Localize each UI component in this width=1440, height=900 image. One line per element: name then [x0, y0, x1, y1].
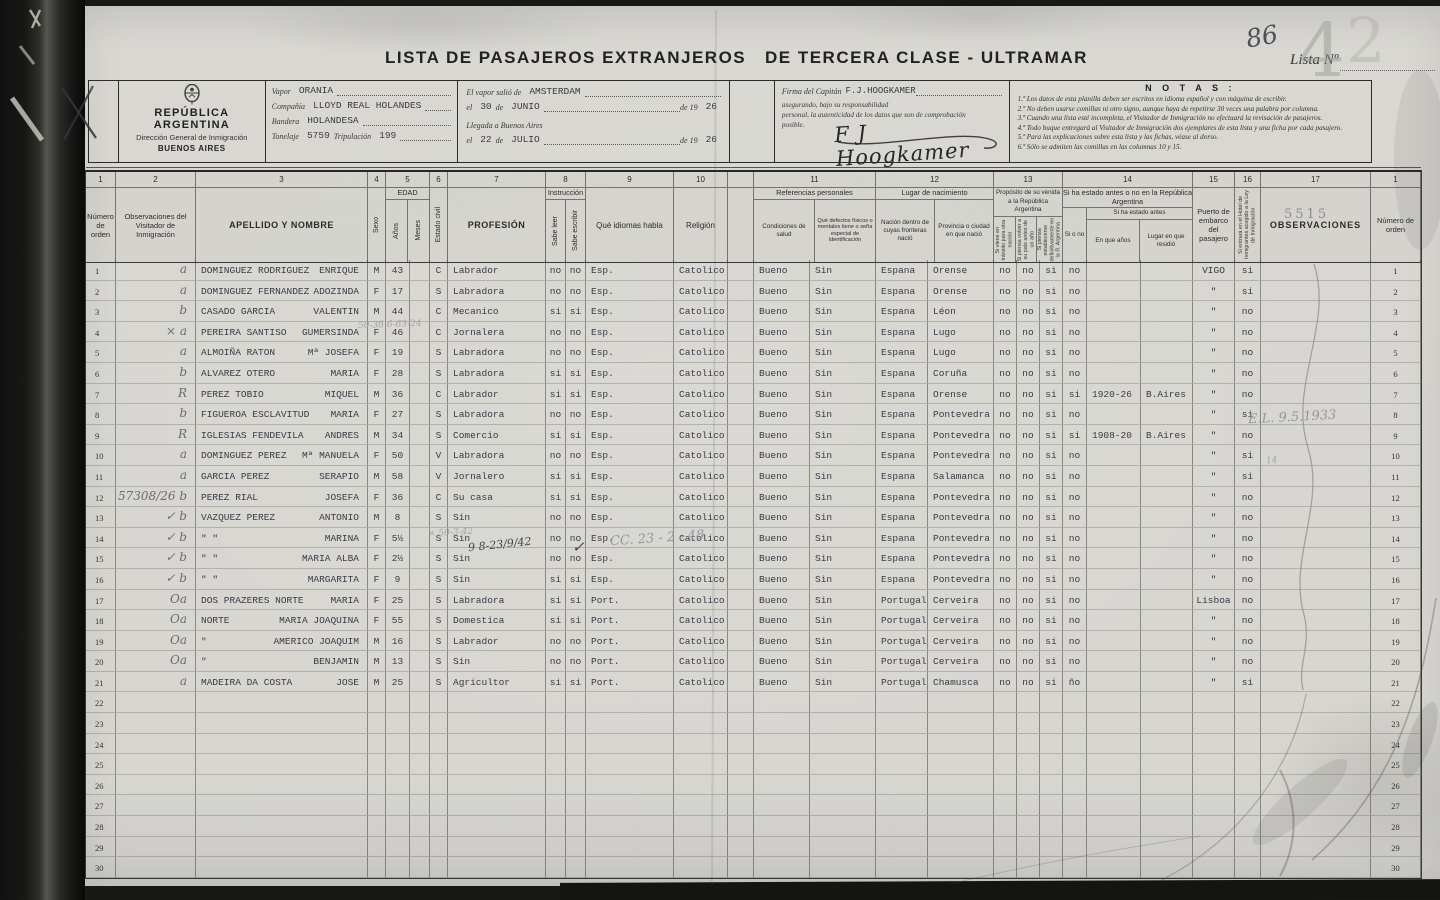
cell-nacion — [876, 795, 928, 816]
header-blank-column — [728, 188, 754, 262]
cell-estuvo_si_o_no — [1063, 816, 1087, 837]
cell-religion: Catolico — [674, 569, 728, 590]
cell-religion: Catolico — [674, 610, 728, 631]
cell-condiciones_salud — [754, 692, 810, 713]
cell-observaciones — [1261, 795, 1371, 816]
cell-nro_orden: 28 — [86, 816, 116, 837]
cell-sabe_escribir: si — [566, 425, 586, 446]
salio-anio: 26 — [702, 101, 721, 112]
cell-sabe_escribir — [566, 692, 586, 713]
cell-estuvo_si_o_no: no — [1063, 487, 1087, 508]
cell-sabe_leer: no — [546, 342, 566, 363]
column-number: 7 — [448, 172, 546, 188]
cell-nro_orden_der: 16 — [1371, 569, 1421, 590]
cell-hotel_inmigrantes: no — [1235, 342, 1261, 363]
cell-edad_anios: 25 — [386, 590, 410, 611]
cell-col_sin_titulo — [728, 775, 754, 796]
cell-nacion: Espana — [876, 404, 928, 425]
cell-sexo: F — [368, 404, 386, 425]
cell-religion — [674, 816, 728, 837]
cell-estado_civil — [430, 713, 448, 734]
cell-puerto_embarco: " — [1193, 651, 1235, 672]
cell-col_sin_titulo — [728, 713, 754, 734]
cell-nacion: Espana — [876, 569, 928, 590]
notas-box: N O T A S : 1.ª Los datos de esta planil… — [1010, 81, 1371, 162]
cell-puerto_embarco — [1193, 754, 1235, 775]
cell-hotel_inmigrantes: si — [1235, 466, 1261, 487]
cell-condiciones_salud: Bueno — [754, 590, 810, 611]
cell-estuvo_lugar — [1141, 322, 1193, 343]
compania-value: LLOYD REAL HOLANDES — [309, 100, 425, 111]
cell-sexo: F — [368, 322, 386, 343]
cell-nro_orden: 25 — [86, 754, 116, 775]
cell-estuvo_lugar: B.Aires — [1141, 384, 1193, 405]
cell-proposito_volver: no — [1017, 528, 1040, 549]
org-country: REPÚBLICA ARGENTINA — [119, 107, 265, 131]
cell-sabe_escribir — [566, 775, 586, 796]
cell-estuvo_anios — [1087, 466, 1141, 487]
cell-proposito_volver: no — [1017, 404, 1040, 425]
cell-provincia: Chamusca — [928, 672, 994, 693]
cell-apellido_y_nombre: PEREIRA SANTISOGUMERSINDA — [196, 322, 368, 343]
cell-estuvo_lugar — [1141, 775, 1193, 796]
cell-puerto_embarco — [1193, 857, 1235, 878]
cell-proposito_establecerse: si — [1040, 590, 1063, 611]
cell-idiomas: Port. — [586, 651, 674, 672]
cell-nacion: Espana — [876, 384, 928, 405]
captain-box: Firma del CapitánF.J.HOOGKAMER asegurand… — [775, 81, 1010, 162]
cell-estuvo_anios — [1087, 342, 1141, 363]
cell-estuvo_si_o_no: ño — [1063, 672, 1087, 693]
cell-estado_civil: C — [430, 384, 448, 405]
cell-estuvo_anios — [1087, 775, 1141, 796]
cell-puerto_embarco: " — [1193, 569, 1235, 590]
cell-estado_civil: S — [430, 404, 448, 425]
column-number: 4 — [368, 172, 386, 188]
cell-nro_orden: 20 — [86, 651, 116, 672]
cell-observaciones — [1261, 610, 1371, 631]
cell-proposito_establecerse — [1040, 857, 1063, 878]
surname: " — [201, 656, 207, 671]
header-provincia: Provincia o ciudad en que nació — [935, 200, 993, 263]
salio-dia: 30 — [476, 101, 495, 112]
surname: NORTE — [201, 615, 230, 630]
cell-observaciones — [1261, 713, 1371, 734]
cell-col_sin_titulo — [728, 466, 754, 487]
header-estuvo-lugar: Lugar en que residió — [1140, 220, 1192, 263]
cell-religion — [674, 795, 728, 816]
cell-observaciones_visitador: b — [116, 301, 196, 322]
firma-label: Firma del Capitán — [782, 87, 846, 96]
cell-defectos — [810, 775, 876, 796]
cell-estado_civil: S — [430, 425, 448, 446]
cell-proposito_establecerse: si — [1040, 301, 1063, 322]
cell-proposito_volver — [1017, 775, 1040, 796]
cell-profesion: Labradora — [448, 281, 546, 302]
cell-nro_orden: 8 — [86, 404, 116, 425]
header-defectos: Qué defectos físicos o mentales tiene o … — [815, 200, 875, 263]
cell-provincia — [928, 734, 994, 755]
cell-condiciones_salud: Bueno — [754, 610, 810, 631]
cell-estado_civil: S — [430, 631, 448, 652]
cell-hotel_inmigrantes: si — [1235, 260, 1261, 281]
cell-puerto_embarco: " — [1193, 610, 1235, 631]
cell-provincia: Salamanca — [928, 466, 994, 487]
cell-defectos — [810, 713, 876, 734]
cell-proposito_volver — [1017, 734, 1040, 755]
header-hotel-inmigrantes: Si entrará en el Hotel de Inmigrantes ac… — [1235, 188, 1261, 262]
cell-proposito_volver: no — [1017, 631, 1040, 652]
surname: DOS PRAZERES NORTE — [201, 595, 304, 610]
cell-sabe_leer: si — [546, 363, 566, 384]
cell-observaciones_visitador: a — [116, 445, 196, 466]
cell-puerto_embarco: VIGO — [1193, 260, 1235, 281]
cell-col_sin_titulo — [728, 507, 754, 528]
cell-proposito_transito — [994, 713, 1017, 734]
cell-nacion: Portugal — [876, 672, 928, 693]
cell-idiomas: Esp. — [586, 425, 674, 446]
cell-apellido_y_nombre — [196, 692, 368, 713]
cell-idiomas: Port. — [586, 610, 674, 631]
cell-idiomas: Esp. — [586, 528, 674, 549]
cell-proposito_volver: no — [1017, 569, 1040, 590]
cell-profesion: Labradora — [448, 342, 546, 363]
cell-observaciones_visitador: ✓ b — [116, 548, 196, 569]
cell-provincia: Cerveira — [928, 631, 994, 652]
cell-provincia: Cerveira — [928, 610, 994, 631]
cell-proposito_volver — [1017, 795, 1040, 816]
cell-hotel_inmigrantes — [1235, 754, 1261, 775]
cell-defectos — [810, 857, 876, 878]
cell-condiciones_salud — [754, 816, 810, 837]
cell-defectos: Sin — [810, 507, 876, 528]
cell-nro_orden_der: 5 — [1371, 342, 1421, 363]
cell-observaciones_visitador — [116, 692, 196, 713]
cell-proposito_establecerse — [1040, 754, 1063, 775]
cell-col_sin_titulo — [728, 734, 754, 755]
tripulacion-label: Tripulación — [334, 132, 375, 141]
cell-idiomas: Esp. — [586, 281, 674, 302]
cell-estado_civil — [430, 734, 448, 755]
cell-nro_orden: 15 — [86, 548, 116, 569]
cell-religion: Catolico — [674, 301, 728, 322]
cell-hotel_inmigrantes: si — [1235, 281, 1261, 302]
column-number: 13 — [994, 172, 1063, 188]
cell-nro_orden_der: 28 — [1371, 816, 1421, 837]
cell-nro_orden: 23 — [86, 713, 116, 734]
header-sexo: Sexo — [368, 188, 386, 262]
cell-edad_meses — [410, 713, 430, 734]
cell-edad_anios: 8 — [386, 507, 410, 528]
cell-estado_civil — [430, 837, 448, 858]
cell-estuvo_si_o_no: no — [1063, 301, 1087, 322]
header-instruccion-group: Instrucción Sabe leer Sabe escribir — [546, 188, 586, 262]
cell-religion: Catolico — [674, 466, 728, 487]
cell-sexo — [368, 713, 386, 734]
cell-proposito_volver: no — [1017, 281, 1040, 302]
cell-edad_meses — [410, 445, 430, 466]
notas-title: N O T A S : — [1018, 83, 1363, 93]
cell-estuvo_si_o_no: si — [1063, 425, 1087, 446]
cell-sabe_leer: no — [546, 404, 566, 425]
llegada-anio: 26 — [702, 134, 721, 145]
cell-nro_orden: 10 — [86, 445, 116, 466]
cell-profesion: Labradora — [448, 404, 546, 425]
cell-proposito_volver: no — [1017, 651, 1040, 672]
cell-idiomas: Esp. — [586, 260, 674, 281]
cell-puerto_embarco: " — [1193, 466, 1235, 487]
cell-sabe_leer: no — [546, 548, 566, 569]
cell-nacion: Espana — [876, 487, 928, 508]
cell-observaciones_visitador — [116, 754, 196, 775]
cell-nro_orden: 6 — [86, 363, 116, 384]
lista-number-label: Lista Nº — [1290, 52, 1338, 69]
cell-proposito_establecerse: si — [1040, 569, 1063, 590]
cell-idiomas: Esp. — [586, 487, 674, 508]
cell-observaciones — [1261, 631, 1371, 652]
cell-puerto_embarco: " — [1193, 425, 1235, 446]
header-proposito-group: Propósito de su venida a la República Ar… — [994, 188, 1063, 262]
given-name: ANDRES — [325, 430, 359, 445]
cell-observaciones_visitador: Oa — [116, 651, 196, 672]
cell-observaciones — [1261, 384, 1371, 405]
cell-puerto_embarco: " — [1193, 528, 1235, 549]
cell-nro_orden: 5 — [86, 342, 116, 363]
header-estuvo-sub: Si ha estado antes En que años Lugar en … — [1087, 208, 1192, 262]
cell-proposito_volver: no — [1017, 342, 1040, 363]
cell-estado_civil: C — [430, 487, 448, 508]
cell-condiciones_salud — [754, 857, 810, 878]
cell-profesion — [448, 734, 546, 755]
cell-profesion: Sin — [448, 548, 546, 569]
cell-proposito_establecerse: si — [1040, 466, 1063, 487]
cell-proposito_establecerse — [1040, 837, 1063, 858]
cell-sexo: M — [368, 384, 386, 405]
cell-defectos: Sin — [810, 651, 876, 672]
cell-sexo: M — [368, 507, 386, 528]
cell-observaciones_visitador: Oa — [116, 590, 196, 611]
cell-estuvo_anios — [1087, 795, 1141, 816]
cell-proposito_establecerse: si — [1040, 507, 1063, 528]
cell-sexo: M — [368, 651, 386, 672]
cell-religion: Catolico — [674, 651, 728, 672]
column-number: 1 — [1371, 172, 1421, 188]
cell-nacion: Espana — [876, 322, 928, 343]
cell-sexo: F — [368, 610, 386, 631]
cell-nro_orden_der: 7 — [1371, 384, 1421, 405]
cell-observaciones — [1261, 775, 1371, 796]
cell-observaciones — [1261, 590, 1371, 611]
cell-hotel_inmigrantes: no — [1235, 301, 1261, 322]
cell-nacion — [876, 692, 928, 713]
cell-hotel_inmigrantes: si — [1235, 404, 1261, 425]
header-referencias-group: Referencias personales Condiciones de sa… — [754, 188, 876, 262]
cell-hotel_inmigrantes — [1235, 857, 1261, 878]
cell-apellido_y_nombre: PEREZ TOBIOMIQUEL — [196, 384, 368, 405]
surname: PEREZ TOBIO — [201, 389, 264, 404]
cell-sexo — [368, 754, 386, 775]
cell-proposito_volver — [1017, 692, 1040, 713]
cell-proposito_establecerse — [1040, 775, 1063, 796]
cell-nro_orden_der: 4 — [1371, 322, 1421, 343]
cell-estado_civil: V — [430, 445, 448, 466]
cell-provincia: Cerveira — [928, 651, 994, 672]
cell-edad_meses — [410, 590, 430, 611]
cell-defectos: Sin — [810, 590, 876, 611]
cell-sabe_escribir: no — [566, 445, 586, 466]
cell-observaciones_visitador — [116, 837, 196, 858]
cell-condiciones_salud: Bueno — [754, 548, 810, 569]
cell-nro_orden_der: 30 — [1371, 857, 1421, 878]
cell-sabe_leer: no — [546, 281, 566, 302]
cell-edad_meses — [410, 507, 430, 528]
nota-item: 6.ª Sólo se admiten las comillas en las … — [1018, 143, 1363, 153]
column-number: 16 — [1235, 172, 1261, 188]
cell-religion: Catolico — [674, 384, 728, 405]
cell-provincia — [928, 692, 994, 713]
cell-sabe_escribir: no — [566, 507, 586, 528]
cell-profesion: Labrador — [448, 384, 546, 405]
cell-apellido_y_nombre: " "MARINA — [196, 528, 368, 549]
header-proposito-volver: Si piensa volver a su país antes de un a… — [1016, 217, 1038, 263]
cell-proposito_establecerse: si — [1040, 281, 1063, 302]
cell-nro_orden_der: 19 — [1371, 631, 1421, 652]
cell-idiomas: Port. — [586, 631, 674, 652]
cell-idiomas — [586, 795, 674, 816]
header-estuvo-si-o-no: Si o no — [1063, 208, 1087, 262]
cell-sexo: F — [368, 281, 386, 302]
cell-defectos — [810, 754, 876, 775]
cell-nacion — [876, 734, 928, 755]
column-number: 17 — [1261, 172, 1371, 188]
cell-col_sin_titulo — [728, 404, 754, 425]
cell-provincia: Pontevedra — [928, 507, 994, 528]
surname: FIGUEROA ESCLAVITUD — [201, 409, 309, 424]
cell-estuvo_anios — [1087, 507, 1141, 528]
cell-estuvo_anios — [1087, 713, 1141, 734]
cell-col_sin_titulo — [728, 692, 754, 713]
cell-estuvo_anios — [1087, 692, 1141, 713]
cell-edad_anios: 36 — [386, 384, 410, 405]
cell-observaciones_visitador: a — [116, 281, 196, 302]
header-puerto-embarco: Puerto de embarco del pasajero — [1193, 188, 1235, 262]
cell-estuvo_lugar — [1141, 610, 1193, 631]
cell-puerto_embarco — [1193, 692, 1235, 713]
cell-edad_anios: 16 — [386, 631, 410, 652]
cell-col_sin_titulo — [728, 857, 754, 878]
header-nro-orden-der: Número de orden — [1371, 188, 1421, 262]
cell-apellido_y_nombre — [196, 713, 368, 734]
given-name: JOSE — [336, 677, 359, 692]
cell-defectos: Sin — [810, 342, 876, 363]
cell-idiomas: Port. — [586, 672, 674, 693]
given-name: MARIA JOAQUINA — [279, 615, 359, 630]
cell-proposito_establecerse: si — [1040, 384, 1063, 405]
cell-edad_meses — [410, 322, 430, 343]
cell-sabe_leer — [546, 857, 566, 878]
cell-defectos: Sin — [810, 548, 876, 569]
given-name: BENJAMIN — [313, 656, 359, 671]
cell-col_sin_titulo — [728, 816, 754, 837]
cell-defectos: Sin — [810, 528, 876, 549]
cell-religion — [674, 857, 728, 878]
cell-provincia: Orense — [928, 260, 994, 281]
surname: GARCIA PEREZ — [201, 471, 269, 486]
cell-estado_civil: S — [430, 507, 448, 528]
column-number: 9 — [586, 172, 674, 188]
cell-estuvo_si_o_no: no — [1063, 322, 1087, 343]
cell-profesion: Labradora — [448, 445, 546, 466]
cell-condiciones_salud: Bueno — [754, 301, 810, 322]
cell-condiciones_salud: Bueno — [754, 569, 810, 590]
cell-apellido_y_nombre — [196, 734, 368, 755]
cell-estuvo_anios — [1087, 548, 1141, 569]
title-bar: LISTA DE PASAJEROS EXTRANJEROS DE TERCER… — [85, 44, 1440, 74]
cell-nro_orden_der: 11 — [1371, 466, 1421, 487]
cell-observaciones — [1261, 734, 1371, 755]
cell-col_sin_titulo — [728, 281, 754, 302]
cell-hotel_inmigrantes — [1235, 713, 1261, 734]
header-edad-group: EDAD Años Meses — [386, 188, 430, 262]
cell-profesion — [448, 692, 546, 713]
cell-nro_orden: 30 — [86, 857, 116, 878]
cell-estuvo_si_o_no: no — [1063, 631, 1087, 652]
cell-nro_orden: 4 — [86, 322, 116, 343]
cell-provincia: Cerveira — [928, 590, 994, 611]
cell-col_sin_titulo — [728, 548, 754, 569]
cell-nro_orden: 16 — [86, 569, 116, 590]
cell-hotel_inmigrantes: no — [1235, 590, 1261, 611]
cell-estuvo_lugar — [1141, 795, 1193, 816]
cell-proposito_establecerse: si — [1040, 672, 1063, 693]
cell-provincia — [928, 775, 994, 796]
cell-idiomas: Esp. — [586, 569, 674, 590]
salio-port: AMSTERDAM — [525, 86, 584, 97]
cell-nro_orden_der: 17 — [1371, 590, 1421, 611]
cell-proposito_transito: no — [994, 631, 1017, 652]
cell-religion — [674, 837, 728, 858]
cell-apellido_y_nombre — [196, 837, 368, 858]
cell-religion: Catolico — [674, 528, 728, 549]
passenger-table-body: 1aDOMINGUEZ RODRIGUEZENRIQUEM43CLabrador… — [85, 260, 1422, 879]
cell-estuvo_anios — [1087, 857, 1141, 878]
cell-idiomas — [586, 837, 674, 858]
cell-provincia: Pontevedra — [928, 548, 994, 569]
empty-box — [730, 81, 775, 162]
cell-condiciones_salud: Bueno — [754, 425, 810, 446]
cell-nro_orden: 29 — [86, 837, 116, 858]
cell-proposito_establecerse: si — [1040, 425, 1063, 446]
surname: ALVAREZ OTERO — [201, 368, 275, 383]
cell-religion: Catolico — [674, 404, 728, 425]
cell-edad_anios — [386, 754, 410, 775]
cell-estado_civil: S — [430, 342, 448, 363]
cell-profesion: Su casa — [448, 487, 546, 508]
cell-sabe_leer: si — [546, 569, 566, 590]
cell-observaciones_visitador: ✓ b — [116, 507, 196, 528]
cell-puerto_embarco: " — [1193, 384, 1235, 405]
cell-edad_anios: 27 — [386, 404, 410, 425]
cell-col_sin_titulo — [728, 363, 754, 384]
header-proposito-transito: Si viene en tránsito para otra nación — [994, 217, 1016, 263]
cell-sabe_escribir — [566, 816, 586, 837]
cell-sabe_leer: si — [546, 466, 566, 487]
cell-estuvo_lugar — [1141, 816, 1193, 837]
cell-idiomas: Esp. — [586, 301, 674, 322]
cell-sabe_leer — [546, 692, 566, 713]
cell-observaciones — [1261, 672, 1371, 693]
cell-estuvo_anios — [1087, 651, 1141, 672]
